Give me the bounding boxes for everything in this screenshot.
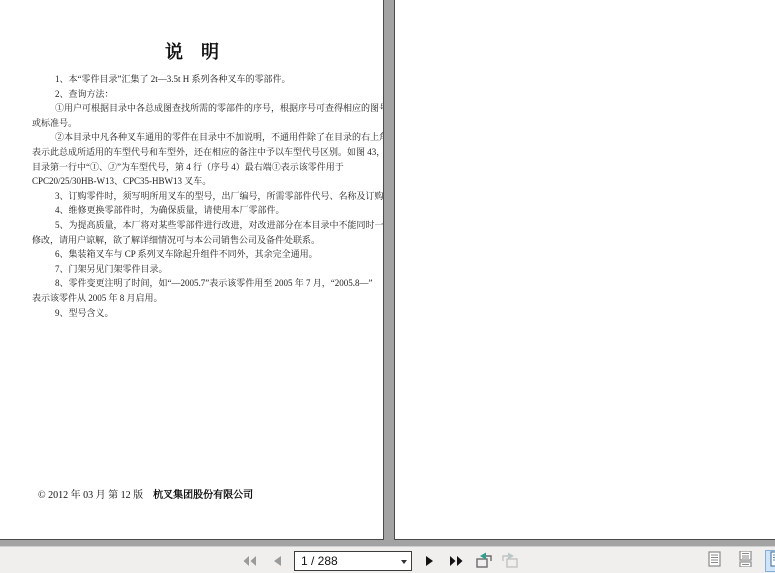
- copyright-line: © 2012 年 03 月 第 12 版杭叉集团股份有限公司: [38, 486, 253, 501]
- document-text-line: 表示此总成所适用的车型代号和车型外，还在相应的备注中予以车型代号区别。如图 43…: [32, 145, 362, 160]
- document-text-line: 7、门架另见门架零件目录。: [32, 262, 362, 277]
- pages-area: 说 明 1、本“零件目录”汇集了 2t—3.5t H 系列各种叉车的零部件。2、…: [0, 0, 775, 546]
- document-text-line: 修改，请用户谅解，欲了解详细情况可与本公司销售公司及备件处联系。: [32, 233, 362, 248]
- document-text-line: CPC20/25/30HB-W13、CPC35-HBW13 叉车。: [32, 174, 362, 189]
- document-text-line: 1、本“零件目录”汇集了 2t—3.5t H 系列各种叉车的零部件。: [32, 72, 362, 87]
- document-body: 1、本“零件目录”汇集了 2t—3.5t H 系列各种叉车的零部件。2、查询方法…: [32, 72, 362, 320]
- document-text-line: 9、型号含义。: [32, 306, 362, 321]
- document-text-line: ②本目录中凡各种叉车通用的零件在目录中不加说明，不通用件除了在目录的右上角: [32, 130, 362, 145]
- page-navigation-group: [240, 547, 520, 573]
- first-page-icon: [243, 555, 257, 567]
- single-page-view-icon: [708, 551, 721, 570]
- document-text-line: 3、订购零件时，须写明所用叉车的型号，出厂编号，所需零部件代号、名称及订购数量。: [32, 189, 362, 204]
- facing-view-button[interactable]: [765, 550, 775, 572]
- page-gap: [385, 0, 394, 540]
- continuous-view-button[interactable]: [734, 550, 756, 572]
- page-left: 说 明 1、本“零件目录”汇集了 2t—3.5t H 系列各种叉车的零部件。2、…: [0, 0, 384, 540]
- next-view-button[interactable]: [500, 551, 520, 571]
- first-page-button[interactable]: [240, 551, 260, 571]
- previous-page-icon: [273, 555, 282, 567]
- document-text-line: 8、零件变更注明了时间，如“—2005.7”表示该零件用至 2005 年 7 月…: [32, 276, 362, 291]
- single-page-view-button[interactable]: [703, 550, 725, 572]
- last-page-icon: [449, 555, 463, 567]
- copyright-edition: © 2012 年 03 月 第 12 版: [38, 490, 143, 501]
- chevron-down-icon[interactable]: [401, 560, 407, 564]
- page-number-combobox[interactable]: [294, 551, 412, 571]
- previous-page-button[interactable]: [267, 551, 287, 571]
- document-text-line: 或标准号。: [32, 116, 362, 131]
- previous-view-button[interactable]: [473, 551, 493, 571]
- document-text-line: 4、维修更换零部件时，为确保质量，请使用本厂零部件。: [32, 203, 362, 218]
- copyright-company: 杭叉集团股份有限公司: [153, 490, 253, 501]
- next-page-button[interactable]: [419, 551, 439, 571]
- document-text-line: 表示该零件从 2005 年 8 月启用。: [32, 291, 362, 306]
- page-layout-group: [703, 547, 775, 573]
- document-text-line: 5、为提高质量，本厂将对某些零部件进行改进，对改进部分在本目录中不能同时一一: [32, 218, 362, 233]
- document-text-line: ①用户可根据目录中各总成图查找所需的零部件的序号，根据序号可查得相应的图号: [32, 101, 362, 116]
- next-view-icon: [501, 552, 520, 569]
- last-page-button[interactable]: [446, 551, 466, 571]
- pdf-viewer-window: 说 明 1、本“零件目录”汇集了 2t—3.5t H 系列各种叉车的零部件。2、…: [0, 0, 775, 573]
- page-number-input[interactable]: [301, 553, 401, 569]
- facing-view-icon: [770, 551, 775, 570]
- document-text-line: 目录第一行中“Ⓘ、Ⓙ”为车型代号，第 4 行（序号 4）最右端Ⓘ表示该零件用于: [32, 160, 362, 175]
- bottom-toolbar: [0, 546, 775, 573]
- document-text-line: 6、集装箱叉车与 CP 系列叉车除起升组件不同外，其余完全通用。: [32, 247, 362, 262]
- continuous-view-icon: [739, 551, 752, 570]
- document-text-line: 2、查询方法：: [32, 87, 362, 102]
- page-title: 说 明: [0, 38, 384, 64]
- previous-view-icon: [474, 552, 493, 569]
- next-page-icon: [425, 555, 434, 567]
- page-right-blank: [394, 0, 775, 540]
